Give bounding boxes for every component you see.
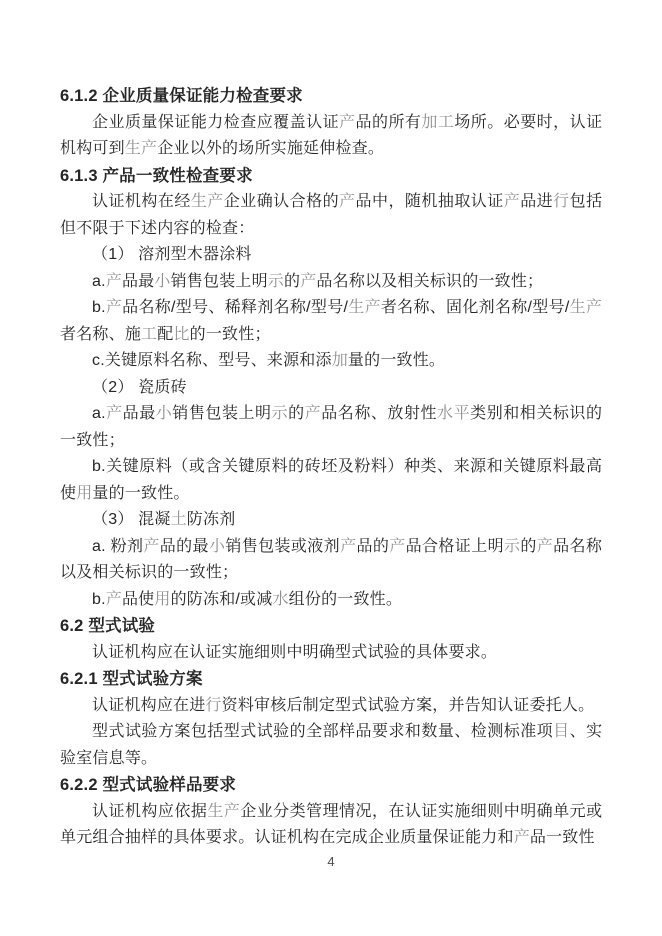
- light-glyph: 产: [106, 273, 122, 290]
- section-heading: 6.2 型式试验: [60, 613, 602, 640]
- light-glyph: 示: [272, 405, 289, 422]
- light-glyph: 工: [438, 114, 454, 131]
- light-glyph: 行: [205, 697, 221, 714]
- light-glyph: 生: [570, 299, 586, 316]
- paragraph: 认证机构应在进行资料审核后制定型式试验方案，并告知认证委托人。: [60, 693, 602, 720]
- light-glyph: 生: [207, 803, 223, 820]
- light-glyph: 产: [389, 538, 405, 555]
- light-glyph: 目: [553, 723, 569, 740]
- paragraph: c.关键原料名称、型号、来源和添加量的一致性。: [60, 348, 602, 375]
- light-glyph: 产: [224, 803, 240, 820]
- paragraph: 型式试验方案包括型式试验的全部样品要求和数量、检测标准项目、实验室信息等。: [60, 719, 602, 772]
- light-glyph: 产: [586, 299, 602, 316]
- paragraph: 认证机构在经生产企业确认合格的产品中，随机抽取认证产品进行包括但不限于下述内容的…: [60, 189, 602, 242]
- light-glyph: 生: [348, 299, 364, 316]
- light-glyph: 水: [272, 591, 288, 608]
- section-heading: 6.1.3 产品一致性检查要求: [60, 163, 602, 190]
- paragraph: a.产品最小销售包装上明示的产品名称、放射性水平类别和相关标识的一致性；: [60, 401, 602, 454]
- paragraph: a.产品最小销售包装上明示的产品名称以及相关标识的一致性；: [60, 269, 602, 296]
- light-glyph: 小: [209, 538, 225, 555]
- light-glyph: 产: [106, 405, 123, 422]
- section-heading: 6.2.1 型式试验方案: [60, 666, 602, 693]
- paragraph: 认证机构应在认证实施细则中明确型式试验的具体要求。: [60, 640, 602, 667]
- light-glyph: 生: [125, 140, 141, 157]
- section-heading: 6.1.2 企业质量保证能力检查要求: [60, 83, 602, 110]
- light-glyph: 示: [268, 273, 284, 290]
- page-number: 4: [0, 852, 662, 872]
- light-glyph: 产: [305, 405, 322, 422]
- document-content: 6.1.2 企业质量保证能力检查要求企业质量保证能力检查应覆盖认证产品的所有加工…: [60, 83, 602, 852]
- paragraph: 认证机构应依据生产企业分类管理情况，在认证实施细则中明确单元或单元组合抽样的具体…: [60, 799, 602, 852]
- light-glyph: 产: [340, 538, 356, 555]
- light-glyph: 产: [207, 193, 223, 210]
- light-glyph: 工: [141, 326, 157, 343]
- light-glyph: 加: [332, 352, 348, 369]
- light-glyph: 产: [106, 591, 122, 608]
- paragraph: a. 粉剂产品的最小销售包装或液剂产品的产品合格证上明示的产品名称以及相关标识的…: [60, 534, 602, 587]
- light-glyph: 产: [504, 193, 520, 210]
- light-glyph: 土: [171, 511, 187, 528]
- light-glyph: 行: [553, 193, 569, 210]
- document-page: 6.1.2 企业质量保证能力检查要求企业质量保证能力检查应覆盖认证产品的所有加工…: [0, 0, 662, 936]
- light-glyph: 用: [154, 591, 170, 608]
- light-glyph: 水: [437, 405, 454, 422]
- paragraph: b.关键原料（或含关键原料的砖坯及粉料）种类、来源和关键原料最高使用量的一致性。: [60, 454, 602, 507]
- light-glyph: 产: [514, 829, 530, 846]
- light-glyph: 示: [504, 538, 520, 555]
- light-glyph: 比: [173, 326, 189, 343]
- light-glyph: 生: [191, 193, 207, 210]
- light-glyph: 平: [454, 405, 471, 422]
- paragraph: （3） 混凝土防冻剂: [60, 507, 602, 534]
- paragraph: （1） 溶剂型木器涂料: [60, 242, 602, 269]
- light-glyph: 小: [156, 405, 173, 422]
- paragraph: b.产品名称/型号、稀释剂名称/型号/生产者名称、固化剂名称/型号/生产者名称、…: [60, 295, 602, 348]
- light-glyph: 产: [339, 193, 355, 210]
- section-heading: 6.2.2 型式试验样品要求: [60, 772, 602, 799]
- light-glyph: 加: [421, 114, 437, 131]
- light-glyph: 产: [141, 140, 157, 157]
- light-glyph: 产: [537, 538, 553, 555]
- paragraph: （2） 瓷质砖: [60, 375, 602, 402]
- light-glyph: 小: [154, 273, 170, 290]
- light-glyph: 产: [300, 273, 316, 290]
- paragraph: 企业质量保证能力检查应覆盖认证产品的所有加工场所。必要时，认证机构可到生产企业以…: [60, 110, 602, 163]
- light-glyph: 用: [76, 485, 92, 502]
- paragraph: b.产品使用的防冻和/或减水组份的一致性。: [60, 587, 602, 614]
- light-glyph: 产: [365, 299, 381, 316]
- light-glyph: 产: [106, 299, 122, 316]
- light-glyph: 产: [339, 114, 355, 131]
- light-glyph: 产: [143, 538, 159, 555]
